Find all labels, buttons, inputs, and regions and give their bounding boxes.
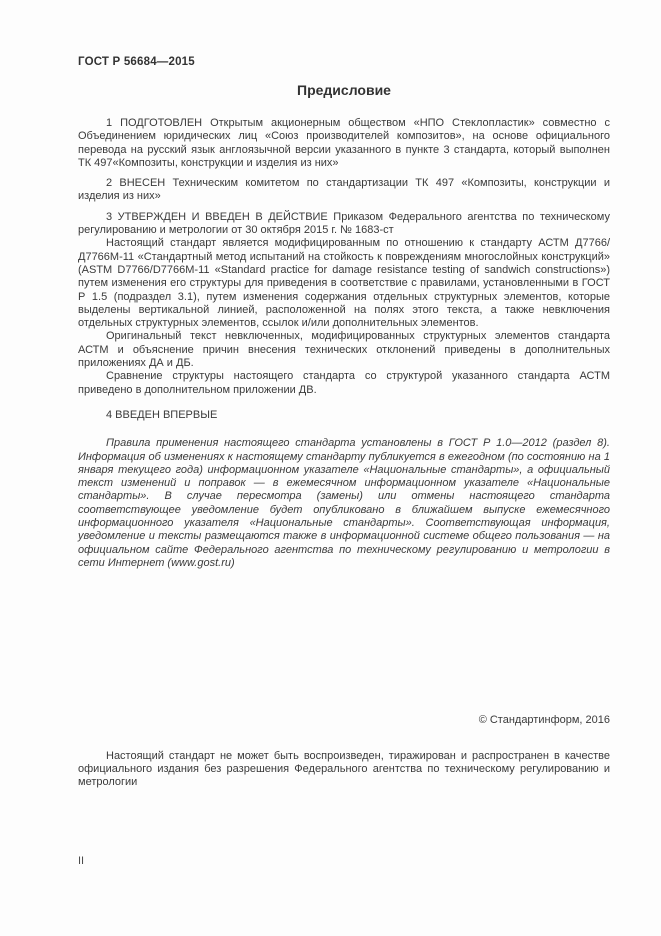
clause-3-structure-comparison-note: Сравнение структуры настоящего стандарта… (78, 370, 610, 397)
clause-3-original-text-note: Оригинальный текст невключенных, модифиц… (78, 330, 610, 370)
clause-1-prepared-by: 1 ПОДГОТОВЛЕН Открытым акционерным общес… (78, 117, 610, 170)
clause-3-approved: 3 УТВЕРЖДЕН И ВВЕДЕН В ДЕЙСТВИЕ Приказом… (78, 211, 610, 238)
document-code: ГОСТ Р 56684—2015 (78, 56, 610, 68)
page-number: II (78, 855, 84, 867)
page-title: Предисловие (78, 82, 610, 98)
clause-4-introduced-first-time: 4 ВВЕДЕН ВПЕРВЫЕ (78, 409, 610, 422)
application-rules-note: Правила применения настоящего стандарта … (78, 437, 610, 570)
clause-2-submitted-by: 2 ВНЕСЕН Техническим комитетом по станда… (78, 177, 610, 204)
copyright-notice: © Стандартинформ, 2016 (78, 714, 610, 727)
clause-3-modification-note: Настоящий стандарт является модифицирова… (78, 237, 610, 330)
reproduction-restriction-note: Настоящий стандарт не может быть воспрои… (78, 750, 610, 790)
document-page: ГОСТ Р 56684—2015 Предисловие 1 ПОДГОТОВ… (0, 0, 661, 936)
